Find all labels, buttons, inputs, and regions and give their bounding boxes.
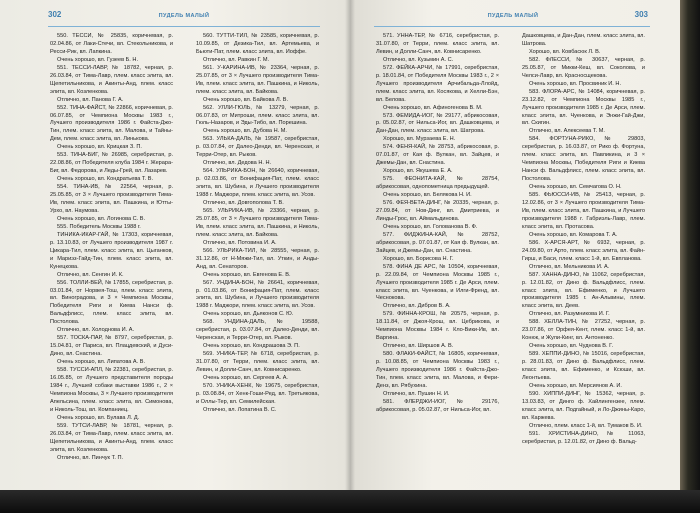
entry-paragraph: 584. ФОРТУНА-РИКО, № 29803, серебристая,… xyxy=(522,136,645,184)
entry-paragraph: 555. Победитель Москвы 1988 г. xyxy=(50,224,173,232)
left-page-header: 302 ПУДЕЛЬ МАЛЫЙ xyxy=(48,10,320,26)
entry-paragraph: Очень хорошо, вл. Афиногенова В. М. xyxy=(376,105,499,113)
entry-paragraph: Очень хорошо, вл. Логинова С. В. xyxy=(50,216,173,224)
entry-paragraph: Очень хорошо, вл. Евгенова Е. В. xyxy=(196,272,319,280)
entry-paragraph: 554. ТИНА-ИВ, № 22564, черная, р. 25.05.… xyxy=(50,184,173,216)
entry-paragraph: 561. У-КАРИНА-ИВ, № 23364, черная, р. 25… xyxy=(196,65,319,97)
entry-paragraph: 556. ТОЛЛИ-ВЕЙ, № 17855, серебристая, р.… xyxy=(50,280,173,328)
entry-paragraph: 558. ТУССИ-АПЛ, № 22381, серебристая, р.… xyxy=(50,367,173,415)
entry-paragraph: Отлично, вл. Алексеева Т. М. xyxy=(522,128,645,136)
running-head: ПУДЕЛЬ МАЛЫЙ xyxy=(48,13,320,19)
entry-paragraph: Очень хорошо, вл. Голованова В. Ф. xyxy=(376,224,499,232)
entry-paragraph: 583. ФЛОРА-АРС, № 14084, коричневая, р. … xyxy=(522,89,645,129)
entry-paragraph: Отлично, плем. класс 1-й, вл. Тумаков Б.… xyxy=(522,423,645,431)
entry-paragraph: 570. УНИКА-ХЕНК, № 19675, серебристая, р… xyxy=(196,383,319,407)
entry-paragraph: 564. УЛЬРИКА-БОН, № 26640, коричневая, р… xyxy=(196,168,319,200)
entry-paragraph: 582. ФЛЕССИ, № 30637, черная, р. 25.05.8… xyxy=(522,57,645,81)
entry-paragraph: Очень хорошо, вл. Липатова А. В. xyxy=(50,359,173,367)
entry-paragraph: 562. УЛЛИ-ГЮЛЬ, № 13279, черная, р. 06.0… xyxy=(196,105,319,129)
entry-paragraph: Очень хорошо, вл. Булава Л. Д. xyxy=(50,415,173,423)
entry-paragraph: 553. ТИНА-БИГ, № 26985, серебристая, р. … xyxy=(50,152,173,176)
entry-paragraph: Очень хорошо, вл. Кондрашова Э. П. xyxy=(196,343,319,351)
entry-paragraph: 578. ФИНА ДЕ АРС, № 10504, коричневая, р… xyxy=(376,264,499,304)
header-rule xyxy=(374,26,650,27)
entry-paragraph: 588. ХЕЛЛА-ТИН, № 27252, черная, р. 23.0… xyxy=(522,319,645,343)
entry-paragraph: 566. УЛЬРИКА-ТИЛ, № 28555, черная, р. 31… xyxy=(196,248,319,272)
entry-paragraph: Отлично, вл. Дибров В. А. xyxy=(376,303,499,311)
text-column: Дашковцева, и Дан-Дан, плем. класс элита… xyxy=(522,33,645,447)
entry-paragraph: 589. ХЕППИ-ДИНО, № 15016, серебристая, р… xyxy=(522,351,645,383)
entry-paragraph: Очень хорошо, вл. Гузеев Б. Н. xyxy=(50,57,173,65)
entry-paragraph: Отлично, вл. Потовина И. А. xyxy=(196,240,319,248)
entry-paragraph: Очень хорошо, вл. Сергеев А. А. xyxy=(196,375,319,383)
entry-paragraph: 571. УННА-ТЕР, № 6716, серебристая, р. 3… xyxy=(376,33,499,57)
entry-paragraph: 560. ТУТТИ-ТИЛ, № 23585, коричневая, р. … xyxy=(196,33,319,57)
entry-paragraph: Отлично, вл. Мельникова И. А. xyxy=(522,264,645,272)
entry-paragraph: Отлично, вл. Сенгин И. К. xyxy=(50,272,173,280)
entry-paragraph: Отлично, вл. Панова Г. А. xyxy=(50,97,173,105)
entry-paragraph: Очень хорошо, вл. Просвиник И. Н. xyxy=(522,81,645,89)
entry-paragraph: 591. ХРИСТИНА-ДИНО, № 11063, серебристая… xyxy=(522,431,645,447)
entry-paragraph: Отлично, вл. Равкин Г. М. xyxy=(196,57,319,65)
entry-paragraph: Отлично, вл. Пинчук Т. П. xyxy=(50,455,173,463)
book-cover-edge xyxy=(680,0,700,513)
text-column: 560. ТУТТИ-ТИЛ, № 23585, коричневая, р. … xyxy=(196,33,319,415)
left-page: 302 ПУДЕЛЬ МАЛЫЙ 550. ТЕССИ, № 25835, ко… xyxy=(0,0,350,490)
entry-paragraph: 581. ФЛЕРДЖИ-ИОГ, № 29176, абрикосовая, … xyxy=(376,399,499,415)
entry-paragraph: Очень хорошо, вл. Семчагова О. Н. xyxy=(522,184,645,192)
entry-paragraph: Хорошо, вл. Ковбасюк Л. В. xyxy=(522,49,645,57)
entry-paragraph: 569. УНИКА-ТЕР, № 6718, серебристая, р. … xyxy=(196,351,319,375)
entry-paragraph: Отлично, вл. Разумникова И. Г. xyxy=(522,311,645,319)
entry-paragraph: 574. ФЕНЯ-КАЙ, № 28753, абрикосовая, р. … xyxy=(376,144,499,168)
entry-paragraph: Хорошо, вл. Борисова Н. Г. xyxy=(376,256,499,264)
entry-paragraph: 573. ФЕМИДА-ИОГ, № 29177, абрикосовая, р… xyxy=(376,113,499,137)
text-column: 571. УННА-ТЕР, № 6716, серебристая, р. 3… xyxy=(376,33,499,415)
entry-paragraph: Очень хорошо, вл. Дьяконов С. Ю. xyxy=(196,311,319,319)
header-rule xyxy=(48,26,320,27)
entry-paragraph: 575. ФЕОНИТА-КАЙ, № 28754, абрикосовая, … xyxy=(376,176,499,192)
entry-paragraph: Очень хорошо, вл. Белякова Н. И. xyxy=(376,192,499,200)
book-spine-shadow xyxy=(345,0,355,490)
entry-paragraph: Отлично, вл. Пушин Н. И. xyxy=(376,391,499,399)
entry-paragraph: 577. ФИДЖИНА-КАЙ, № 28752, абрикосовая, … xyxy=(376,232,499,256)
entry-paragraph: Отлично, вл. Дедова Н. Н. xyxy=(196,160,319,168)
entry-paragraph: 551. ТЕССИ-ЛАВР, № 18782, черная, р. 26.… xyxy=(50,65,173,97)
entry-paragraph: 568. УНДИНА-ДАЛЬ, № 19588, серебристая, … xyxy=(196,319,319,343)
running-head: ПУДЕЛЬ МАЛЫЙ xyxy=(378,13,648,19)
right-page-header: ПУДЕЛЬ МАЛЫЙ 303 xyxy=(378,10,648,26)
book-spread: 302 ПУДЕЛЬ МАЛЫЙ 550. ТЕССИ, № 25835, ко… xyxy=(0,0,700,490)
text-column: 550. ТЕССИ, № 25835, коричневая, р. 02.0… xyxy=(50,33,173,462)
entry-paragraph: Отлично, вл. Довгополова Т. В. xyxy=(196,200,319,208)
entry-paragraph: 585. ФЬЮССИ-ИВ, № 25413, черная, р. 12.0… xyxy=(522,192,645,232)
entry-paragraph: 590. ХИППИ-ДИНГ, № 15362, черная, р. 13.… xyxy=(522,391,645,423)
entry-paragraph: Отлично, вл. Кузьмин А. С. xyxy=(376,57,499,65)
entry-paragraph: 580. ФЛАКИ-ФАЙСТ, № 16805, коричневая, р… xyxy=(376,351,499,391)
entry-paragraph: Дашковцева, и Дан-Дан, плем. класс элита… xyxy=(522,33,645,49)
entry-paragraph: Хорошо, вл. Якушева Е. А. xyxy=(376,168,499,176)
entry-paragraph: 559. ТУТСИ-ЛАВР, № 18781, черная, р. 26.… xyxy=(50,423,173,455)
entry-paragraph: Очень хорошо, вл. Байкова Л. В. xyxy=(196,97,319,105)
right-page: ПУДЕЛЬ МАЛЫЙ 303 571. УННА-ТЕР, № 6716, … xyxy=(350,0,680,490)
entry-paragraph: 586. Х-АРСЯ-АРТ, № 6932, черная, р. 24.0… xyxy=(522,240,645,264)
entry-paragraph: Отлично, вл. Ширшов А. В. xyxy=(376,343,499,351)
entry-paragraph: 565. УЛЬРИКА-ИВ, № 23366, черная, р. 25.… xyxy=(196,208,319,240)
entry-paragraph: ТИНИКА-ИКАР-ГАЙ, № 17303, коричневая, р.… xyxy=(50,232,173,272)
entry-paragraph: Очень хорошо, вл. Чуднова В. Г. xyxy=(522,343,645,351)
entry-paragraph: Отлично, вл. Холоднова И. А. xyxy=(50,327,173,335)
entry-paragraph: 576. ФЕЯ-ВЕТА-ДИНГ, № 20335, черная, р. … xyxy=(376,200,499,224)
entry-paragraph: 550. ТЕССИ, № 25835, коричневая, р. 02.0… xyxy=(50,33,173,57)
entry-paragraph: 552. ТИНА-ФАЙСТ, № 22866, коричневая, р.… xyxy=(50,105,173,145)
entry-paragraph: 563. УЛЬКА-ДАЛЬ, № 19587, серебристая, р… xyxy=(196,136,319,160)
entry-paragraph: 567. УНДИНА-БОН, № 26641, коричневая, р.… xyxy=(196,280,319,312)
entry-paragraph: Очень хорошо, вл. Мерсиянов А. И. xyxy=(522,383,645,391)
entry-paragraph: 579. ФИННА-КРОШ, № 20575, черная, р. 18.… xyxy=(376,311,499,343)
entry-paragraph: 557. ТОСКА-ПАР, № 8797, серебристая, р. … xyxy=(50,335,173,359)
entry-paragraph: Очень хорошо, вл. Кондратьева Т. В. xyxy=(50,176,173,184)
entry-paragraph: 587. ХАННА-ДИНО, № 11062, серебристая, р… xyxy=(522,272,645,312)
scan-background xyxy=(0,490,700,513)
entry-paragraph: Очень хорошо, вл. Дубова Н. М. xyxy=(196,128,319,136)
entry-paragraph: Отлично, вл. Лопатина В. С. xyxy=(196,407,319,415)
entry-paragraph: 572. ФЕЙКА-АРЧИ, № 17991, серебристая, р… xyxy=(376,65,499,105)
entry-paragraph: Очень хорошо, вл. Комарова Т. А. xyxy=(522,232,645,240)
entry-paragraph: Очень хорошо, вл. Крицкая З. П. xyxy=(50,144,173,152)
page-number: 303 xyxy=(635,10,648,19)
